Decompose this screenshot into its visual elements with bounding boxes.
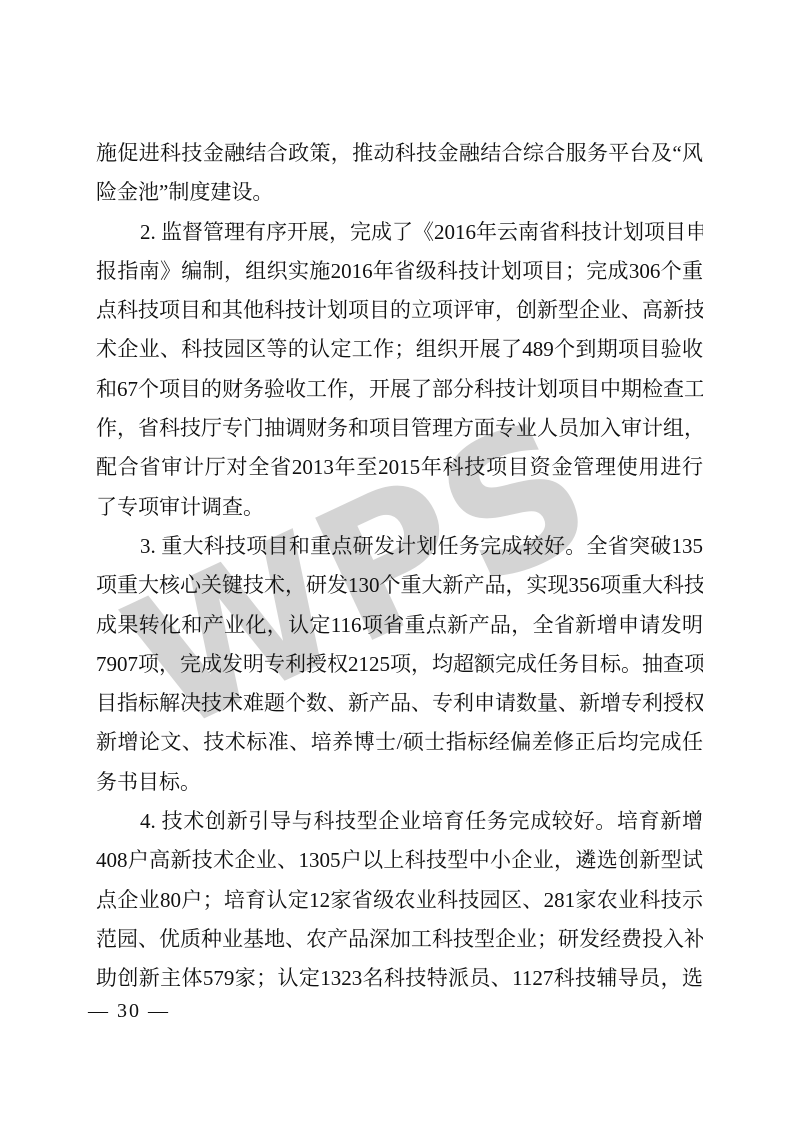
body-line-8: 作，省科技厅专门抽调财务和项目管理方面专业人员加入审计组， (96, 409, 703, 448)
body-line-10: 了专项审计调查。 (96, 488, 703, 527)
body-line-4: 报指南》编制，组织实施2016年省级科技计划项目；完成306个重 (96, 252, 703, 291)
body-line-17: 务书目标。 (96, 763, 703, 802)
document-page: WPS 施促进科技金融结合政策，推动科技金融结合综合服务平台及“风 险金池”制度… (0, 0, 793, 1122)
body-line-7: 和67个项目的财务验收工作，开展了部分科技计划项目中期检查工 (96, 370, 703, 409)
body-line-21: 范园、优质种业基地、农产品深加工科技型企业；研发经费投入补 (96, 920, 703, 959)
body-line-20: 点企业80户；培育认定12家省级农业科技园区、281家农业科技示 (96, 881, 703, 920)
body-line-22: 助创新主体579家；认定1323名科技特派员、1127科技辅导员，选 (96, 959, 703, 998)
body-line-11: 3. 重大科技项目和重点研发计划任务完成较好。全省突破135 (96, 527, 703, 566)
body-line-6: 术企业、科技园区等的认定工作；组织开展了489个到期项目验收 (96, 330, 703, 369)
body-line-19: 408户高新技术企业、1305户以上科技型中小企业，遴选创新型试 (96, 841, 703, 880)
body-line-1: 施促进科技金融结合政策，推动科技金融结合综合服务平台及“风 (96, 134, 703, 173)
body-line-14: 7907项，完成发明专利授权2125项，均超额完成任务目标。抽查项 (96, 645, 703, 684)
body-text: 施促进科技金融结合政策，推动科技金融结合综合服务平台及“风 险金池”制度建设。 … (96, 134, 703, 999)
body-line-2: 险金池”制度建设。 (96, 173, 703, 212)
body-line-9: 配合省审计厅对全省2013年至2015年科技项目资金管理使用进行 (96, 448, 703, 487)
body-line-5: 点科技项目和其他科技计划项目的立项评审，创新型企业、高新技 (96, 291, 703, 330)
body-line-12: 项重大核心关键技术，研发130个重大新产品，实现356项重大科技 (96, 566, 703, 605)
body-line-18: 4. 技术创新引导与科技型企业培育任务完成较好。培育新增 (96, 802, 703, 841)
body-line-15: 目指标解决技术难题个数、新产品、专利申请数量、新增专利授权、 (96, 684, 703, 723)
page-number: — 30 — (88, 998, 170, 1024)
body-line-13: 成果转化和产业化，认定116项省重点新产品，全省新增申请发明 (96, 606, 703, 645)
body-line-3: 2. 监督管理有序开展，完成了《2016年云南省科技计划项目申 (96, 213, 703, 252)
body-line-16: 新增论文、技术标准、培养博士/硕士指标经偏差修正后均完成任 (96, 723, 703, 762)
